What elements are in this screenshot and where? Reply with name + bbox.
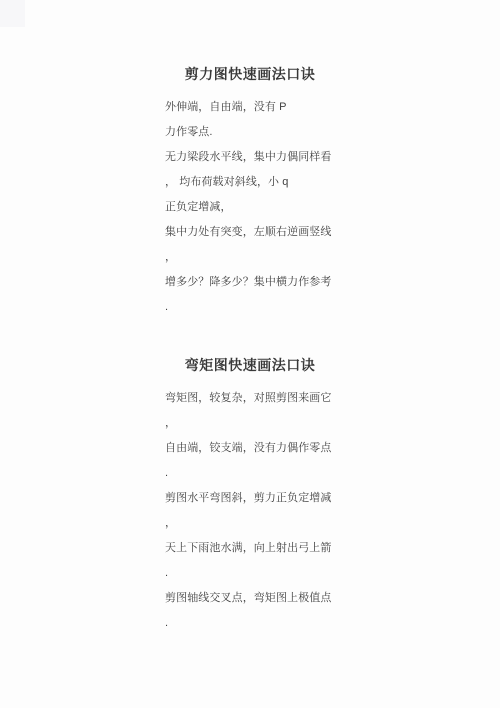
mnemonic-line: 外伸端，自由端，没有 P [165, 95, 343, 120]
mnemonic-line: 自由端，铰支端，没有力偶作零点 [165, 436, 343, 461]
mnemonic-line: 无力梁段水平线，集中力偶同样看 [165, 145, 343, 170]
mnemonic-line: 剪图水平弯图斜，剪力正负定增减 [165, 486, 343, 511]
mnemonic-line: ， [165, 411, 343, 436]
mnemonic-lines-bending-moment: 弯矩图，较复杂，对照剪图来画它 ， 自由端，铰支端，没有力偶作零点 . 剪图水平… [165, 386, 343, 636]
mnemonic-line: . [165, 461, 343, 486]
mnemonic-line: 正负定增减， [165, 195, 343, 220]
mnemonic-line: . [165, 295, 343, 320]
mnemonic-line: 增多少？降多少？集中横力作参考 [165, 270, 343, 295]
mnemonic-line: ， [165, 245, 343, 270]
mnemonic-line: 力作零点. [165, 120, 343, 145]
mnemonic-line: 剪图轴线交叉点，弯矩图上极值点 [165, 586, 343, 611]
section-title-shear-diagram: 剪力图快速画法口诀 [0, 64, 500, 84]
mnemonic-line: ， [165, 511, 343, 536]
mnemonic-line: 天上下雨池水满，向上射出弓上箭 [165, 536, 343, 561]
mnemonic-line: 弯矩图，较复杂，对照剪图来画它 [165, 386, 343, 411]
section-title-bending-moment-diagram: 弯矩图快速画法口诀 [0, 355, 500, 375]
scan-corner-artifact [0, 0, 25, 27]
mnemonic-line: . [165, 561, 343, 586]
mnemonic-lines-shear: 外伸端，自由端，没有 P 力作零点. 无力梁段水平线，集中力偶同样看 ， 均布荷… [165, 95, 343, 320]
mnemonic-line: ， 均布荷载对斜线，小 q [165, 170, 343, 195]
mnemonic-line: 集中力处有突变，左顺右逆画竖线 [165, 220, 343, 245]
mnemonic-line: . [165, 611, 343, 636]
document-page: 剪力图快速画法口诀 外伸端，自由端，没有 P 力作零点. 无力梁段水平线，集中力… [0, 0, 500, 708]
